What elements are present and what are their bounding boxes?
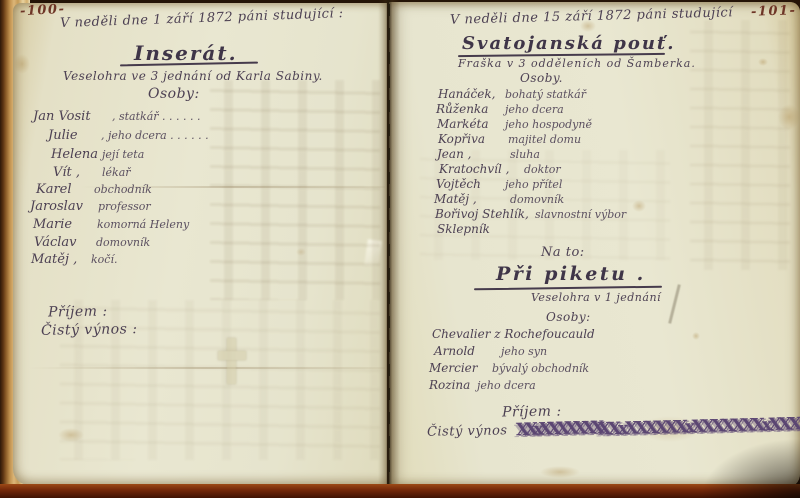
cast-role: , jeho dcera . . . . . .	[101, 129, 209, 142]
cast-role: professor	[98, 200, 151, 213]
cast-row: Jan Vosit , statkář . . . . . .	[33, 109, 91, 124]
cast-row: Jaroslav professor	[30, 199, 83, 214]
cast-heading: Osoby:	[546, 310, 591, 324]
cast-name: Julie	[48, 128, 78, 143]
cast-role: domovník	[96, 236, 150, 249]
stain	[58, 428, 84, 442]
book-cover-bottom-edge	[0, 484, 800, 498]
stain	[14, 54, 30, 74]
net-proceeds-label: Čistý výnos :	[41, 321, 138, 339]
stain	[296, 248, 306, 256]
stain	[758, 58, 768, 66]
stain	[692, 332, 700, 340]
cast-name: Rozina	[429, 378, 470, 392]
cast-role: sluha	[510, 148, 540, 161]
cast-name: Arnold	[434, 344, 475, 358]
cast-row: Rozina jeho dcera	[429, 378, 470, 392]
cast-row: Markéta jeho hospodyně	[437, 117, 489, 131]
cast-row: Arnold jeho syn	[434, 344, 475, 358]
binding-stitches	[388, 4, 390, 486]
cast-name: Karel	[36, 182, 72, 197]
cross-watermark	[218, 338, 248, 384]
corner-shadow	[700, 438, 800, 498]
cast-name: Markéta	[437, 117, 489, 131]
cast-name: Marie	[33, 217, 72, 232]
cast-name: Kopřiva	[438, 132, 485, 146]
transition-note: Na to:	[541, 245, 585, 260]
cast-heading: Osoby.	[520, 71, 563, 85]
cast-role: doktor	[524, 163, 561, 176]
stain	[540, 466, 580, 478]
right-page-number: -101-	[751, 3, 797, 20]
net-proceeds-label: Čistý výnos	[427, 423, 508, 439]
cast-name: Jean ,	[437, 147, 471, 161]
cast-row: Mercier bývalý obchodník	[429, 361, 478, 375]
cast-name: Mercier	[429, 361, 478, 375]
cast-name: Jan Vosit	[33, 109, 91, 124]
cast-role: domovník	[510, 193, 564, 206]
cast-row: Vít , lékař	[53, 165, 80, 180]
play-subtitle: Fraška v 3 odděleních od Šamberka.	[458, 57, 696, 70]
cast-row: Marie komorná Heleny	[33, 217, 72, 232]
cast-name: Vít ,	[53, 165, 80, 180]
cast-role: bývalý obchodník	[492, 362, 589, 375]
cast-role: komorná Heleny	[97, 218, 189, 231]
cast-role: kočí.	[91, 253, 117, 266]
cast-heading: Osoby:	[148, 86, 200, 102]
cast-role: jeho přítel	[505, 178, 562, 191]
cast-name: Matěj ,	[434, 192, 477, 206]
cast-row: Sklepník	[437, 222, 490, 236]
cast-role: bohatý statkář	[505, 88, 586, 101]
cast-row: Matěj , domovník	[434, 192, 477, 206]
cast-role: slavnostní výbor	[535, 208, 626, 221]
cast-row: Chevalier z Rochefoucauld	[432, 327, 595, 341]
book-photo: -100- V neděli dne 1 září 1872 páni stud…	[0, 0, 800, 498]
cast-name: Jaroslav	[30, 199, 83, 214]
cast-name: Kratochvíl ,	[439, 162, 509, 176]
cast-row: Helena její teta	[51, 147, 98, 162]
crossed-out-scribble: XXxXXXXXXX	[516, 418, 600, 440]
cast-name: Chevalier z Rochefoucauld	[432, 327, 595, 341]
cast-role: , statkář . . . . . .	[112, 110, 200, 123]
cast-row: Hanáček, bohatý statkář	[438, 87, 495, 101]
cast-name: Sklepník	[437, 222, 490, 236]
cast-name: Matěj ,	[31, 252, 77, 267]
cast-role: jeho hospodyně	[505, 118, 592, 131]
cast-row: Růženka jeho dcera	[436, 102, 488, 116]
cast-name: Vojtěch	[436, 177, 481, 191]
page-crease	[28, 367, 385, 369]
play-title: Svatojanská pouť.	[462, 33, 676, 54]
cast-name: Václav	[34, 235, 76, 250]
stain	[632, 200, 646, 212]
cast-row: Vojtěch jeho přítel	[436, 177, 481, 191]
income-label: Příjem :	[48, 303, 108, 320]
cast-name: Růženka	[436, 102, 488, 116]
cast-row: Kratochvíl , doktor	[439, 162, 509, 176]
cast-role: majitel domu	[508, 133, 581, 146]
play-subtitle: Veselohra ve 3 jednání od Karla Sabiny.	[63, 69, 323, 83]
cast-role: její teta	[102, 148, 144, 161]
cast-row: Jean , sluha	[437, 147, 471, 161]
cast-role: jeho dcera	[477, 379, 536, 392]
cast-role: jeho syn	[501, 345, 547, 358]
cast-name: Helena	[51, 147, 98, 162]
stain	[778, 104, 800, 130]
cast-row: Bořivoj Stehlík, slavnostní výbor	[435, 207, 529, 221]
cast-row: Matěj , kočí.	[31, 252, 77, 267]
cast-row: Kopřiva majitel domu	[438, 132, 485, 146]
cast-row: Julie , jeho dcera . . . . . .	[48, 128, 78, 143]
cast-row: Václav domovník	[34, 235, 76, 250]
play-title: Při piketu .	[496, 263, 646, 285]
cast-role: lékař	[102, 166, 131, 179]
cast-name: Bořivoj Stehlík,	[435, 207, 529, 221]
cast-row: Karel obchodník	[36, 182, 72, 197]
income-label: Příjem :	[502, 403, 562, 420]
play-subtitle: Veselohra v 1 jednání	[531, 291, 661, 304]
cast-name: Hanáček,	[438, 87, 495, 101]
cast-role: obchodník	[94, 183, 152, 196]
cast-role: jeho dcera	[505, 103, 564, 116]
